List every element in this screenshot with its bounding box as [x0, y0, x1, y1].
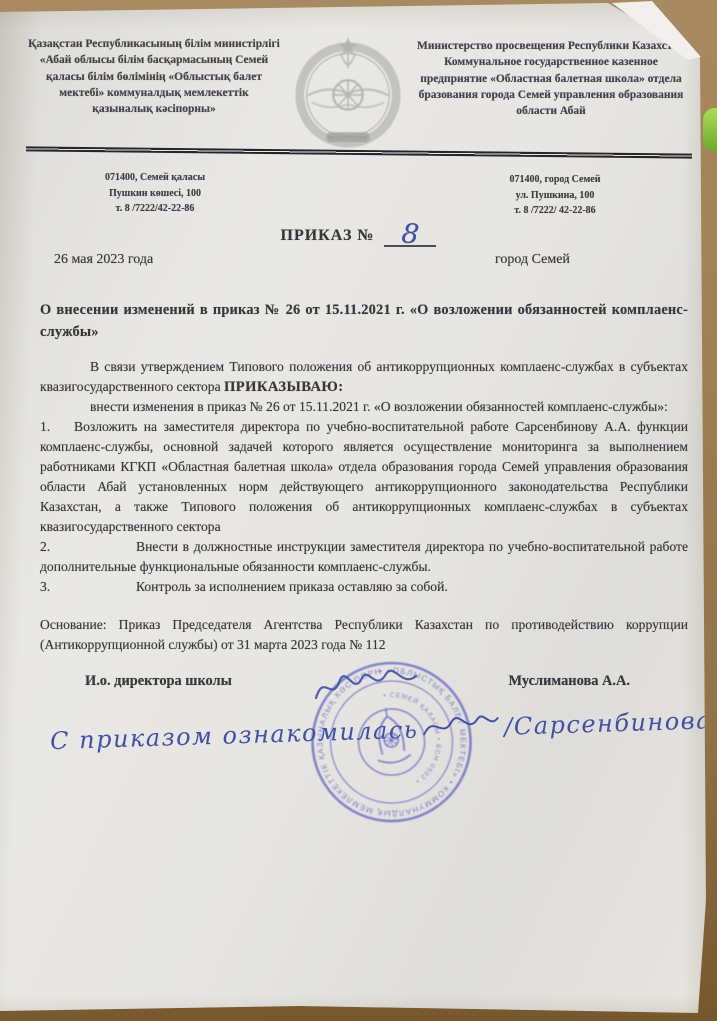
order-amend-intro: внести изменения в приказ № 26 от 15.11.…: [40, 397, 688, 417]
item-number: 2.: [40, 537, 136, 557]
item-text: Контроль за исполнением приказа оставляю…: [136, 579, 448, 594]
date-place-row: 26 мая 2023 года город Семей: [40, 252, 688, 274]
kazakhstan-emblem-icon: [286, 30, 410, 152]
address-line: 071400, город Семей: [460, 172, 650, 188]
address-line: Пушкин көшесі, 100: [60, 186, 250, 202]
order-item-3: 3.Контроль за исполнением приказа оставл…: [40, 577, 688, 597]
decree-word: ПРИКАЗЫВАЮ:: [224, 379, 343, 395]
preamble-text: В связи утверждением Типового положения …: [40, 359, 688, 394]
order-item-2: 2.Внести в должностные инструкции замест…: [40, 537, 688, 577]
item-number: 3.: [40, 577, 136, 597]
green-object: [703, 108, 717, 152]
order-basis: Основание: Приказ Председателя Агентства…: [40, 615, 688, 655]
order-place: город Семей: [495, 252, 570, 268]
address-russian: 071400, город Семей ул. Пушкина, 100 т. …: [460, 172, 650, 219]
address-line: 071400, Семей қаласы: [60, 170, 250, 186]
address-line: т. 8 /7222/42-22-86: [60, 201, 250, 217]
order-heading: ПРИКАЗ №8: [0, 221, 717, 247]
photo-background: Қазақстан Республикасының білім министір…: [0, 0, 717, 1021]
order-subject: О внесении изменений в приказ № 26 от 15…: [40, 300, 688, 343]
address-line: ул. Пушкина, 100: [460, 188, 650, 204]
order-number-line: 8: [384, 221, 436, 247]
item-text: Внести в должностные инструкции заместит…: [40, 539, 688, 574]
order-title: ПРИКАЗ №: [281, 227, 375, 244]
order-item-1: 1.Возложить на заместителя директора по …: [40, 417, 688, 537]
basis-label: Основание:: [40, 617, 107, 632]
signer-name: Муслиманова А.А.: [509, 671, 630, 691]
ack-signature-icon: [422, 708, 501, 748]
letterhead: Қазақстан Республикасының білім министір…: [28, 30, 692, 152]
signer-position: И.о. директора школы: [85, 671, 232, 691]
item-text: Возложить на заместителя директора по уч…: [40, 419, 688, 534]
basis-text: Приказ Председателя Агентства Республики…: [40, 617, 688, 652]
order-date: 26 мая 2023 года: [54, 252, 153, 268]
ack-text: С приказом ознакомилась: [50, 716, 419, 756]
director-signature-icon: [310, 662, 422, 715]
address-kazakh: 071400, Семей қаласы Пушкин көшесі, 100 …: [60, 170, 250, 217]
address-line: т. 8 /7222/ 42-22-86: [460, 203, 650, 219]
org-name-kazakh: Қазақстан Республикасының білім министір…: [28, 30, 280, 152]
item-number: 1.: [40, 417, 74, 437]
document-page: Қазақстан Республикасының білім министір…: [0, 0, 717, 1021]
order-number-handwritten: 8: [400, 223, 419, 246]
order-preamble: В связи утверждением Типового положения …: [40, 357, 688, 397]
order-body: О внесении изменений в приказ № 26 от 15…: [40, 300, 688, 691]
org-name-russian: Министерство просвещения Республики Каза…: [416, 30, 686, 152]
ack-name: /Сарсенбинова А.А.: [504, 704, 717, 741]
